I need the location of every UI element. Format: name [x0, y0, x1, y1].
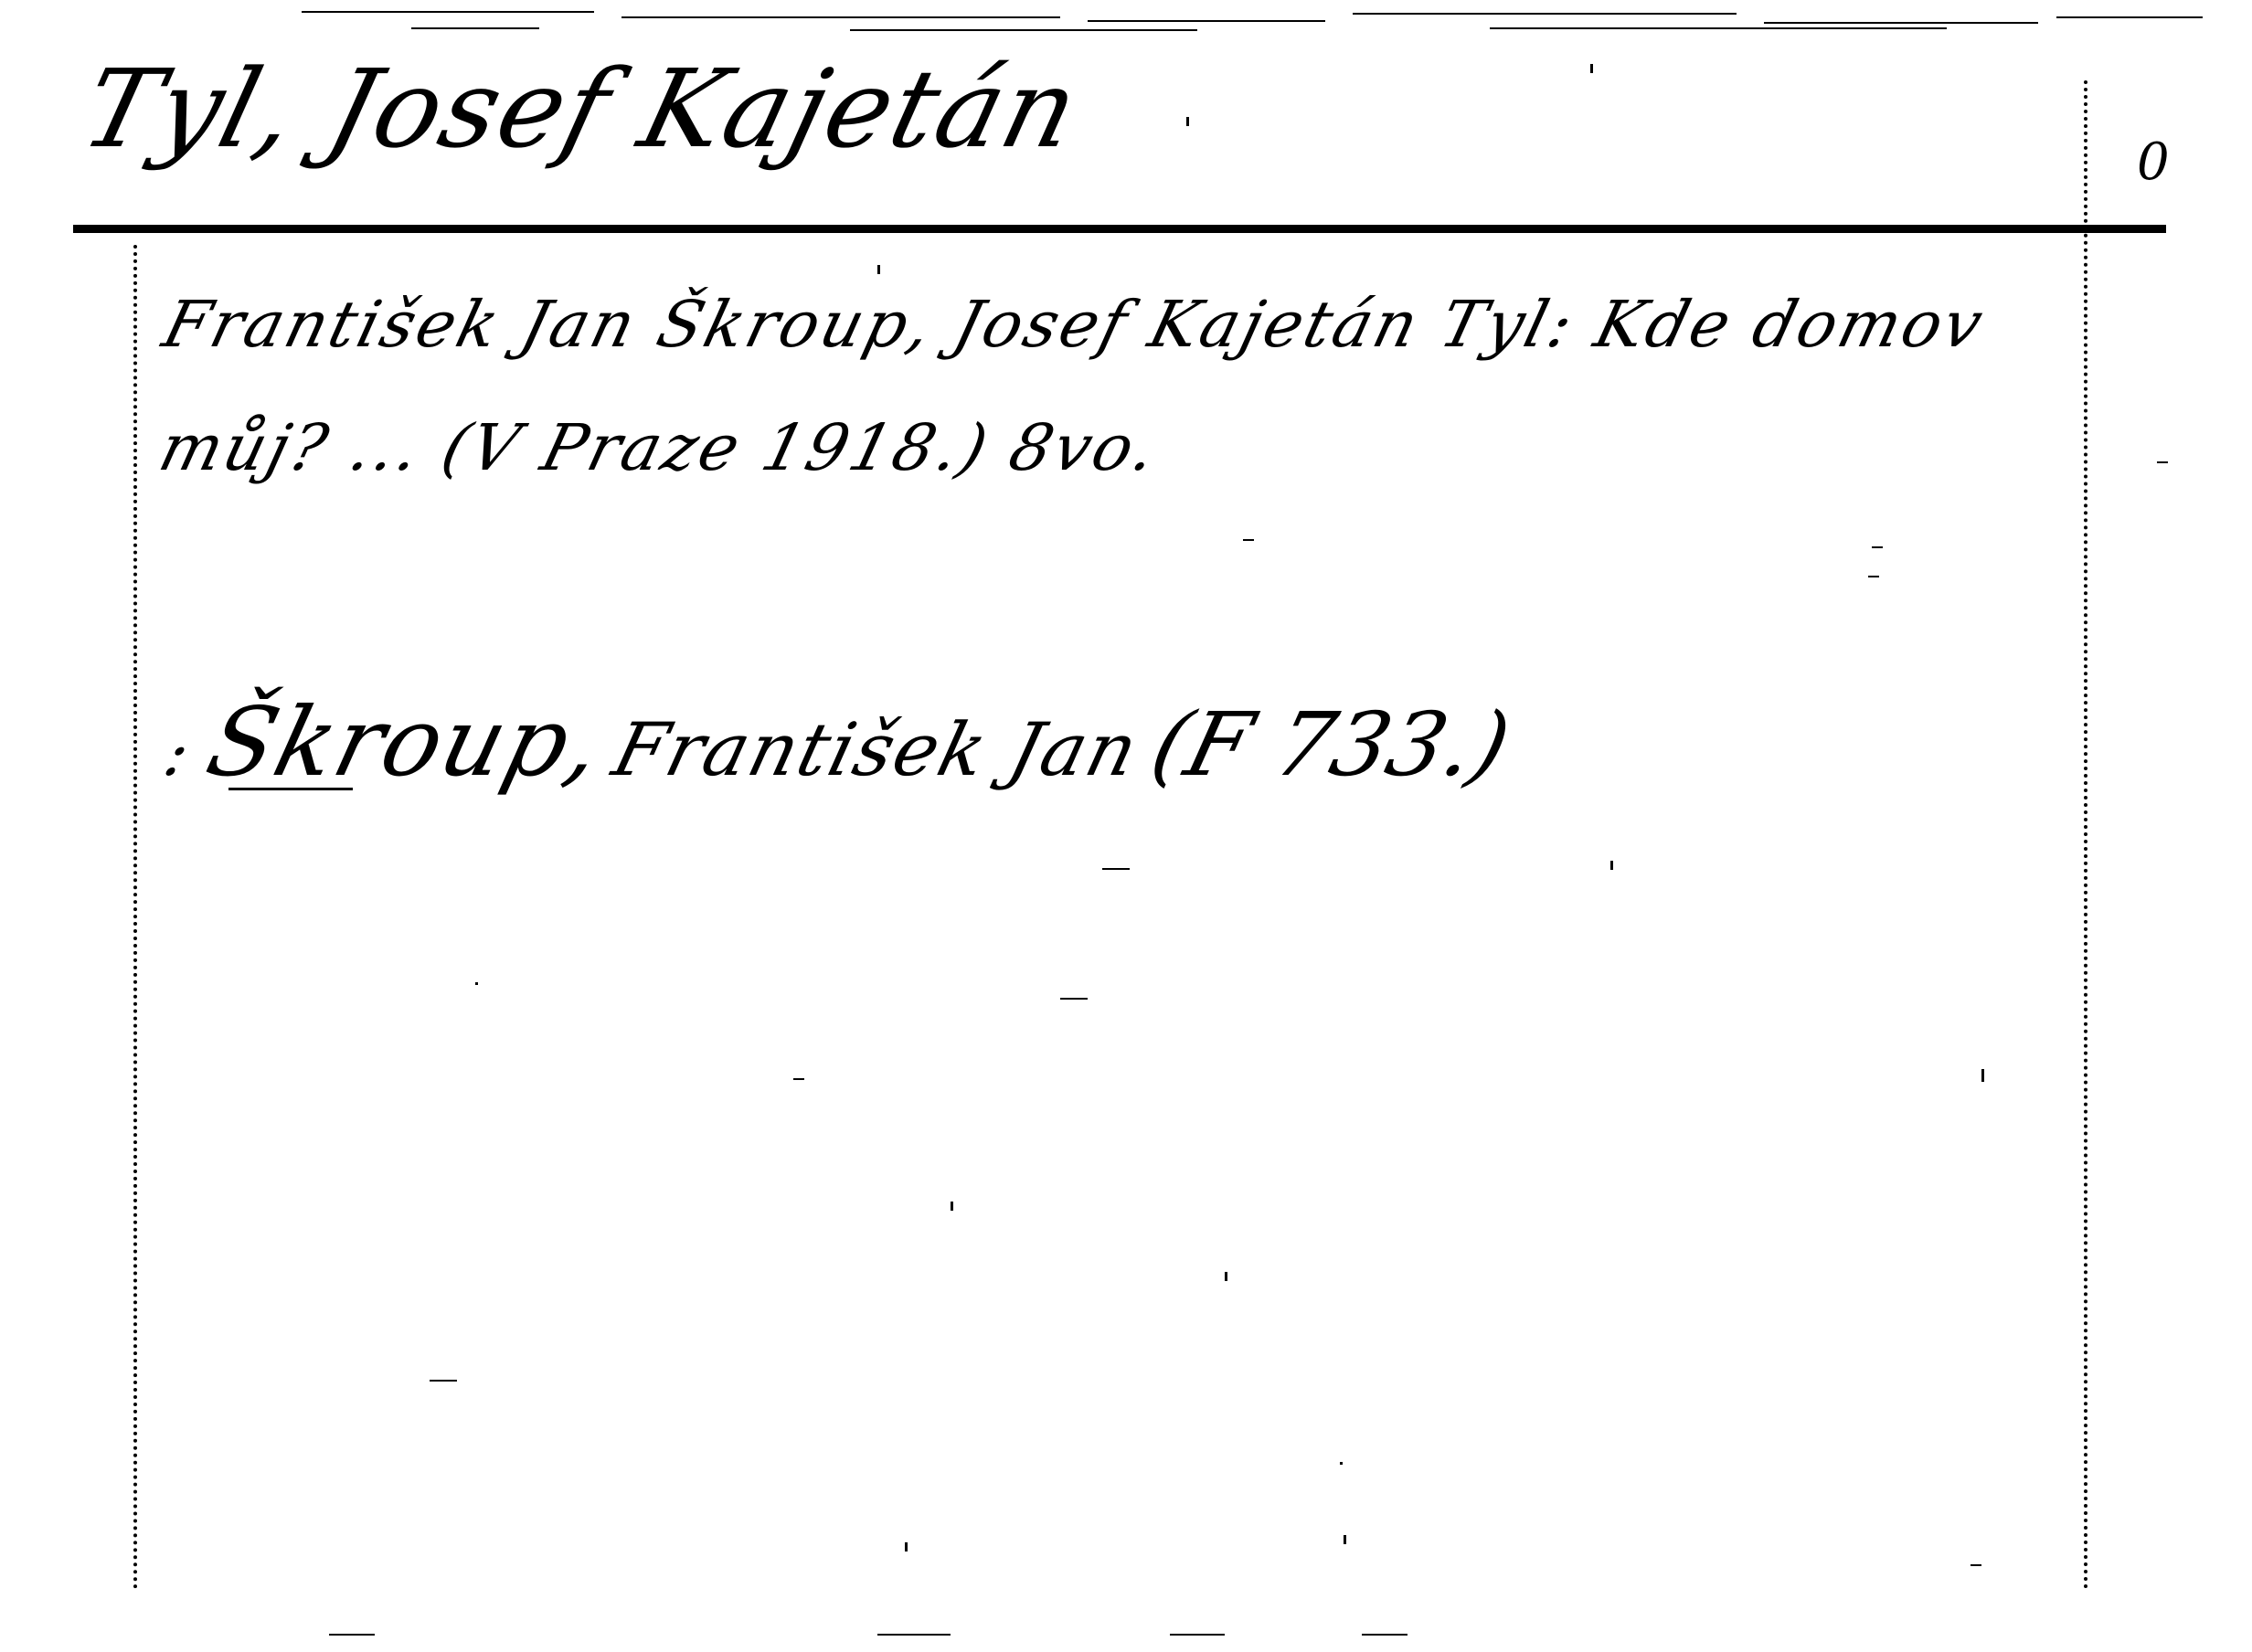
xref-surname: Škroup, [197, 686, 615, 798]
heading-rule [73, 225, 2166, 233]
card-heading: Tyl, Josef Kajetán [73, 55, 1089, 163]
entry-line-1: František Jan Škroup, Josef Kajetán Tyl:… [157, 292, 1992, 356]
catalog-card: Tyl, Josef Kajetán 0 František Jan Škrou… [0, 0, 2252, 1652]
scan-noise-strip [302, 7, 2221, 33]
xref-given-names: František Jan [605, 707, 1147, 792]
xref-prefix: : [157, 715, 197, 790]
cross-reference: :Škroup,František Jan(F 733.) [157, 694, 1520, 789]
right-margin-line [2084, 80, 2087, 1590]
left-margin-line [133, 245, 137, 1590]
entry-line-2: můj? ... (V Praze 1918.) 8vo. [154, 416, 1165, 480]
xref-surname-underline [228, 788, 353, 790]
corner-mark: 0 [2137, 137, 2170, 188]
xref-call-number: (F 733.) [1142, 694, 1520, 796]
